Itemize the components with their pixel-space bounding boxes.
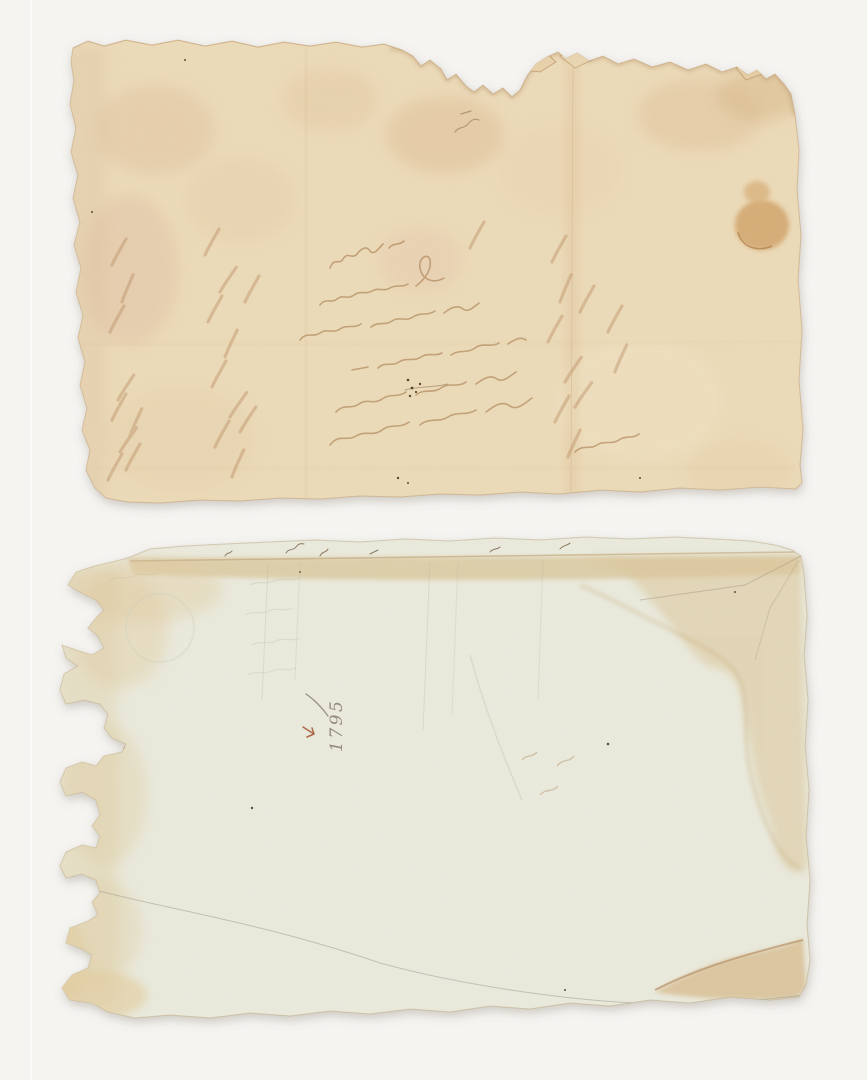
manuscripts-photo-canvas: 1795 — [0, 0, 867, 1080]
photo-two-manuscript-leaves: 1795 — [0, 0, 867, 1080]
